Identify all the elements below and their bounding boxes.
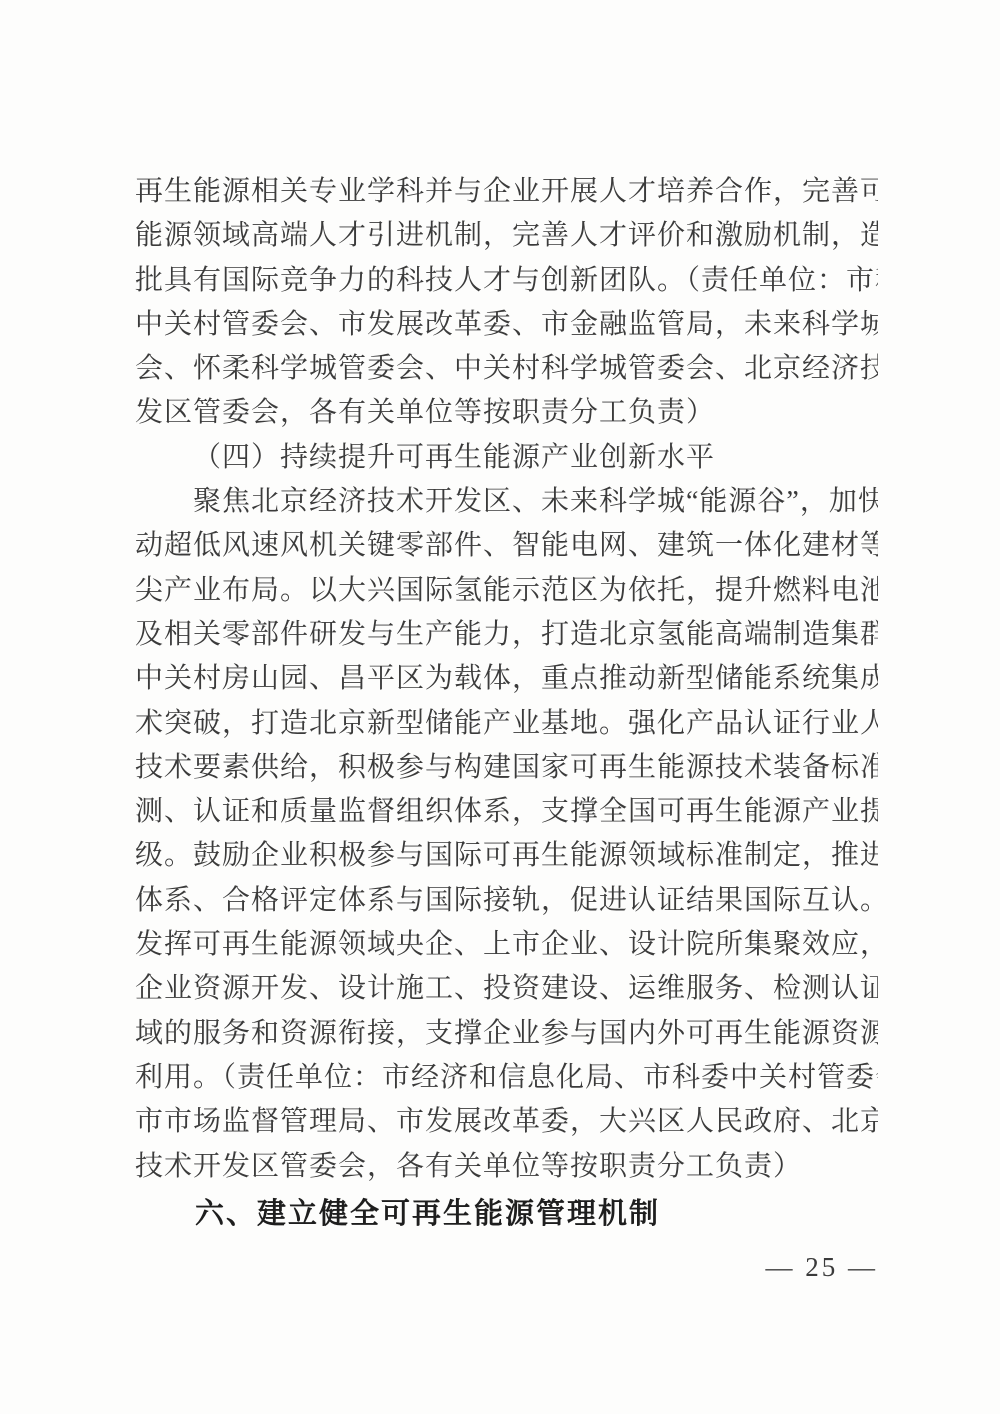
text-line: 体系、合格评定体系与国际接轨，促进认证结果国际互认。充分 [135, 879, 878, 923]
text-line: 动超低风速风机关键零部件、智能电网、建筑一体化建材等高精 [135, 524, 878, 568]
text-line: 测、认证和质量监督组织体系，支撑全国可再生能源产业提质升 [135, 790, 878, 834]
text-line: 中关村房山园、昌平区为载体，重点推动新型储能系统集成等技 [135, 657, 878, 701]
text-line: 尖产业布局。以大兴国际氢能示范区为依托，提升燃料电池电堆 [135, 569, 878, 613]
text-line: 能源领域高端人才引进机制，完善人才评价和激励机制，造就一 [135, 214, 878, 258]
page-number: — 25 — [766, 1252, 879, 1283]
text-line: 再生能源相关专业学科并与企业开展人才培养合作，完善可再生 [135, 170, 878, 214]
text-line: 技术要素供给，积极参与构建国家可再生能源技术装备标准、检 [135, 746, 878, 790]
text-line: 级。鼓励企业积极参与国际可再生能源领域标准制定，推进标准 [135, 834, 878, 878]
text-line: 聚焦北京经济技术开发区、未来科学城“能源谷”，加快推 [135, 480, 878, 524]
document-content: 再生能源相关专业学科并与企业开展人才培养合作，完善可再生能源领域高端人才引进机制… [135, 170, 878, 1237]
section-heading: 六、建立健全可再生能源管理机制 [135, 1191, 878, 1237]
text-line: 利用。（责任单位：市经济和信息化局、市科委中关村管委会、 [135, 1056, 878, 1100]
text-line: 企业资源开发、设计施工、投资建设、运维服务、检测认证等领 [135, 967, 878, 1011]
text-line: 发挥可再生能源领域央企、上市企业、设计院所集聚效应，强化 [135, 923, 878, 967]
text-line: 域的服务和资源衔接，支撑企业参与国内外可再生能源资源开发 [135, 1012, 878, 1056]
paragraph-main: 聚焦北京经济技术开发区、未来科学城“能源谷”，加快推动超低风速风机关键零部件、智… [135, 480, 878, 1189]
text-line: 市市场监督管理局、市发展改革委，大兴区人民政府、北京经济 [135, 1100, 878, 1144]
paragraph-continuation: 再生能源相关专业学科并与企业开展人才培养合作，完善可再生能源领域高端人才引进机制… [135, 170, 878, 436]
text-line: 中关村管委会、市发展改革委、市金融监管局，未来科学城管委 [135, 303, 878, 347]
text-line: 发区管委会，各有关单位等按职责分工负责） [135, 391, 878, 435]
text-line: 及相关零部件研发与生产能力，打造北京氢能高端制造集群。以 [135, 613, 878, 657]
subsection-heading: （四）持续提升可再生能源产业创新水平 [135, 436, 878, 480]
text-line: 批具有国际竞争力的科技人才与创新团队。（责任单位：市科委 [135, 259, 878, 303]
text-line: 技术开发区管委会，各有关单位等按职责分工负责） [135, 1145, 878, 1189]
text-line: 会、怀柔科学城管委会、中关村科学城管委会、北京经济技术开 [135, 347, 878, 391]
document-page: 再生能源相关专业学科并与企业开展人才培养合作，完善可再生能源领域高端人才引进机制… [0, 0, 1000, 1414]
text-line: 术突破，打造北京新型储能产业基地。强化产品认证行业人才和 [135, 702, 878, 746]
